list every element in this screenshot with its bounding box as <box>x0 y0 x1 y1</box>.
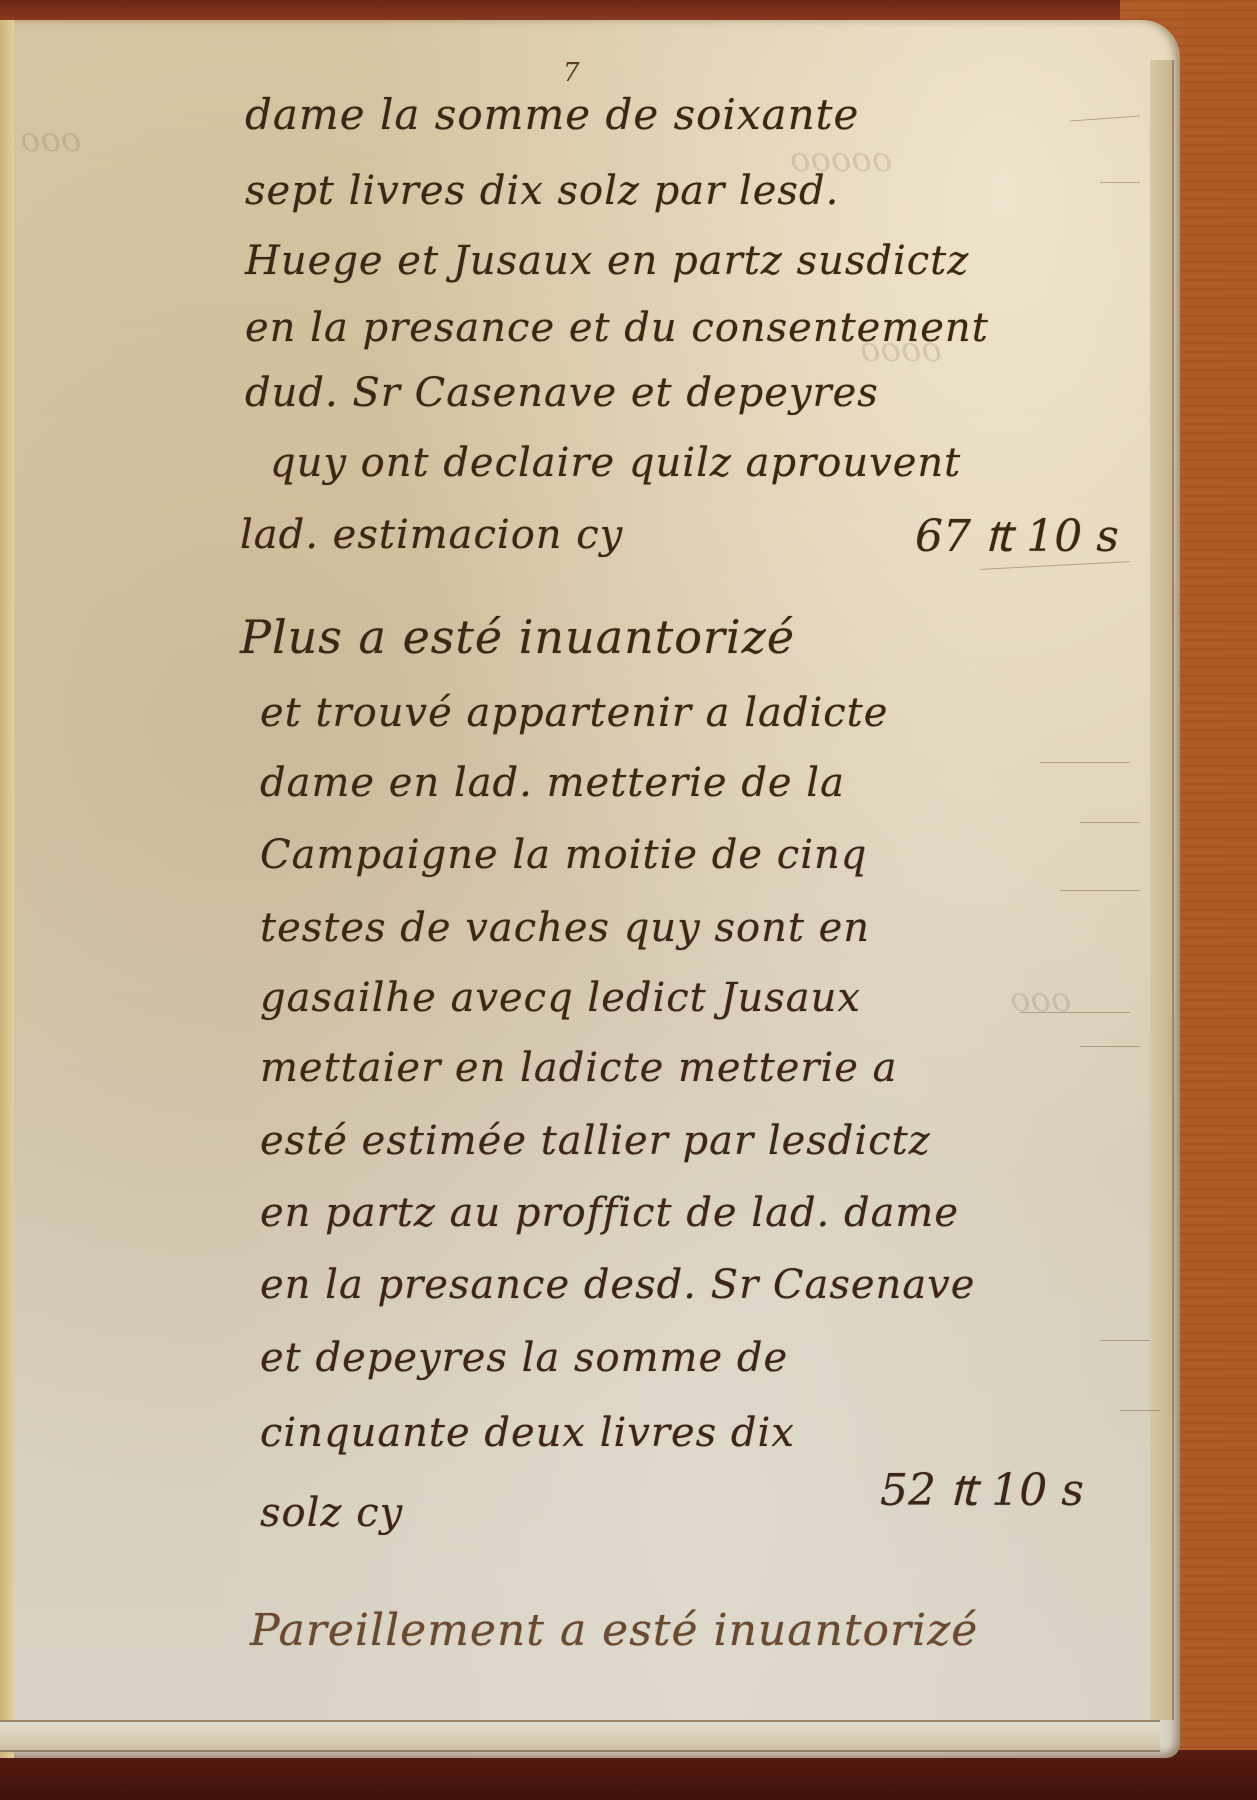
margin-rule <box>1080 822 1140 823</box>
manuscript-line: Huege et Jusaux en partz susdictz <box>245 238 969 284</box>
page-edge-bottom <box>0 1720 1160 1752</box>
manuscript-line: Plus a esté inuantorizé <box>240 610 795 664</box>
margin-rule <box>1100 182 1140 183</box>
manuscript-line: dame en lad. metterie de la <box>260 760 845 806</box>
margin-rule <box>1040 762 1130 763</box>
manuscript-line: Pareillement a esté inuantorizé <box>250 1605 978 1656</box>
manuscript-line: et trouvé appartenir a ladicte <box>260 690 888 736</box>
manuscript-line: solz cy <box>260 1490 403 1536</box>
folio-number: 7 <box>563 58 580 88</box>
manuscript-line: gasailhe avecq ledict Jusaux <box>260 975 861 1021</box>
manuscript-line: en la presance desd. Sr Casenave <box>260 1262 975 1308</box>
margin-rule <box>1080 1046 1140 1047</box>
manuscript-line: lad. estimacion cy <box>240 512 623 558</box>
manuscript-line: mettaier en ladicte metterie a <box>260 1045 898 1091</box>
manuscript-line: testes de vaches quy sont en <box>260 905 870 951</box>
margin-rule <box>1120 1410 1160 1411</box>
amount-67-livres-10-sols: 67 ₶ 10 s <box>915 504 1119 564</box>
manuscript-line: dame la somme de soixante <box>245 90 859 139</box>
margin-rule <box>1100 1340 1150 1341</box>
cloth-strip-top <box>0 0 1120 22</box>
manuscript-line: esté estimée tallier par lesdictz <box>260 1118 931 1164</box>
amount-52-livres-10-sols: 52 ₶ 10 s <box>880 1458 1084 1518</box>
margin-rule <box>1060 890 1140 891</box>
manuscript-line: sept livres dix solz par lesd. <box>245 168 839 214</box>
margin-rule <box>1020 1012 1130 1013</box>
manuscript-line: dud. Sr Casenave et depeyres <box>245 370 879 416</box>
page-edge-right <box>1150 60 1174 1720</box>
manuscript-line: cinquante deux livres dix <box>260 1410 795 1456</box>
bleed-through-text: ooo <box>20 120 81 160</box>
manuscript-line: en partz au proffict de lad. dame <box>260 1190 959 1236</box>
page-binding-edge <box>0 20 14 1758</box>
bleed-through-text: ooo <box>1010 980 1071 1020</box>
manuscript-line: et depeyres la somme de <box>260 1335 788 1381</box>
manuscript-line: en la presance et du consentement <box>245 305 989 351</box>
manuscript-line: Campaigne la moitie de cinq <box>260 832 867 878</box>
manuscript-line: quy ont declaire quilz aprouvent <box>270 440 961 486</box>
